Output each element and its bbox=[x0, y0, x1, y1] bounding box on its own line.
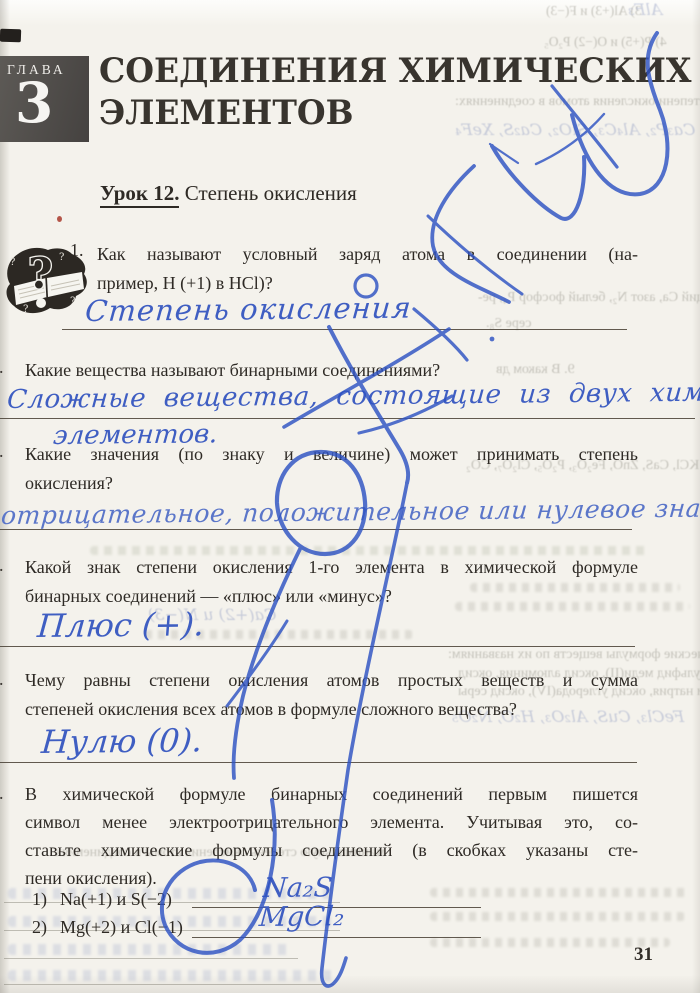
question-number-cut: . bbox=[0, 357, 4, 378]
lesson-label: Урок 12. bbox=[100, 181, 179, 208]
illegible-bleed-row bbox=[455, 602, 690, 611]
chapter-tab: ГЛАВА 3 bbox=[0, 56, 89, 142]
handwritten-answer: MgCl₂ bbox=[258, 901, 346, 933]
bleedthrough-text: хлор Cl₂, кальций Ca, азот N₂, белый фос… bbox=[478, 290, 700, 306]
question-number-cut: . bbox=[0, 783, 4, 804]
answer-rule bbox=[0, 646, 635, 647]
question-text: степеней окисления всех атомов в формуле… bbox=[25, 695, 517, 723]
answer-rule bbox=[62, 329, 627, 330]
chapter-number: 3 bbox=[15, 70, 53, 135]
question-text: Чему равны степени окисления атомов прос… bbox=[25, 666, 638, 694]
chapter-title: СОЕДИНЕНИЯ ХИМИЧЕСКИХ ЭЛЕМЕНТОВ bbox=[99, 50, 691, 134]
question-number-cut: . bbox=[0, 441, 4, 462]
question-text: символ менее электроотрицательного элеме… bbox=[25, 808, 638, 836]
question-text: Какие значения (по знаку и величине) мож… bbox=[25, 440, 638, 468]
bleedthrough-text: 4) P(+5) и O(−2) P₂O₅ bbox=[544, 34, 667, 50]
bleedthrough-text: 9. В каком дв bbox=[496, 362, 575, 378]
scan-edge-left bbox=[0, 0, 10, 993]
question-number-cut: . bbox=[0, 669, 4, 690]
illegible-bleed-row bbox=[8, 944, 293, 955]
answer-rule bbox=[0, 762, 637, 763]
question-text: В химической формуле бинарных соединений… bbox=[25, 780, 638, 808]
question-number: 1. bbox=[70, 240, 84, 261]
bleedthrough-text: 11. Напишите химические формулы веществ … bbox=[448, 647, 700, 663]
question-number-cut: . bbox=[0, 555, 4, 576]
answer-rule bbox=[0, 418, 695, 419]
answer-rule bbox=[192, 937, 481, 938]
question-text: ставьте химические формулы соединений (в… bbox=[25, 836, 638, 864]
illegible-bleed-row bbox=[8, 970, 333, 981]
item-pair: Na(+1) и S(−2) bbox=[60, 885, 172, 913]
question-text: Какой знак степени окисления 1-го элемен… bbox=[25, 553, 638, 581]
item-label: 1) bbox=[32, 885, 47, 913]
svg-text:?: ? bbox=[23, 304, 28, 315]
handwritten-answer: отрицательное, положительное или нулевое… bbox=[0, 493, 700, 530]
handwritten-answer: Нулю (0). bbox=[40, 721, 204, 761]
question-text: Как называют условный заряд атома в соед… bbox=[97, 240, 638, 268]
handwritten-answer: Na₂S bbox=[262, 872, 333, 904]
lesson-header: Урок 12. Степень окисления bbox=[100, 181, 357, 206]
illegible-bleed-row bbox=[430, 888, 690, 897]
illegible-bleed-row bbox=[470, 583, 680, 592]
handwritten-answer: Плюс (+). bbox=[36, 605, 206, 645]
item-pair: Mg(+2) и Cl(−1) bbox=[60, 913, 183, 941]
bleed-rule bbox=[4, 958, 298, 959]
lesson-name: Степень окисления bbox=[179, 181, 356, 205]
illegible-bleed-row bbox=[430, 912, 685, 921]
chapter-title-line2: ЭЛЕМЕНТОВ bbox=[99, 92, 691, 134]
page-number: 31 bbox=[634, 944, 653, 966]
answer-rule bbox=[0, 529, 632, 530]
question-text: Какие вещества называют бинарными соедин… bbox=[25, 356, 440, 384]
item-label: 2) bbox=[32, 913, 47, 941]
svg-text:?: ? bbox=[10, 257, 15, 268]
handwritten-answer: Степень окисления bbox=[84, 291, 413, 328]
workbook-page: 3) Al(+3) и F(−3) AlF₃ 4) P(+5) и O(−2) … bbox=[0, 0, 700, 993]
scan-artifact-mark bbox=[0, 29, 21, 43]
bleed-rule bbox=[4, 984, 334, 985]
bleedthrough-handwriting: AlF₃ bbox=[628, 0, 662, 19]
svg-text:?: ? bbox=[28, 249, 53, 298]
svg-text:?: ? bbox=[59, 252, 64, 263]
ink-speck bbox=[57, 216, 62, 222]
svg-text:?: ? bbox=[70, 296, 75, 307]
question-text: окисления? bbox=[25, 469, 113, 497]
chapter-title-line1: СОЕДИНЕНИЯ ХИМИЧЕСКИХ bbox=[99, 50, 691, 92]
